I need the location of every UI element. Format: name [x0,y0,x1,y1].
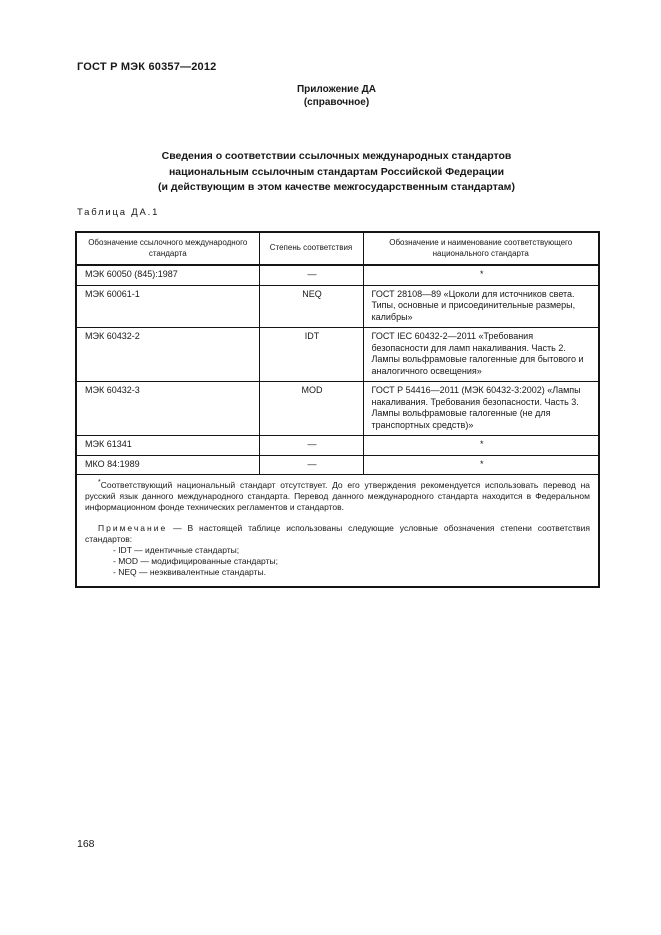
cell-degree: MOD [259,382,363,436]
cell-international-standard: МЭК 60061-1 [76,285,259,328]
note-item-idt: - IDT — идентичные стандарты; [113,545,590,556]
note-label: Примечание [98,523,167,533]
cell-national-standard: ГОСТ IEC 60432-2—2011 «Требования безопа… [363,328,599,382]
cell-international-standard: МЭК 61341 [76,436,259,456]
footnote-text: Соответствующий национальный стандарт от… [85,480,590,512]
cell-international-standard: МЭК 60432-2 [76,328,259,382]
cell-international-standard: МКО 84:1989 [76,455,259,475]
main-title: Сведения о соответствии ссылочных междун… [75,149,598,196]
cell-degree: — [259,436,363,456]
cell-degree: — [259,455,363,475]
main-title-line: (и действующим в этом качестве межгосуда… [75,180,598,196]
table-row: МЭК 60432-2IDTГОСТ IEC 60432-2—2011 «Тре… [76,328,599,382]
cell-international-standard: МЭК 60050 (845):1987 [76,265,259,285]
table-row: МЭК 61341—* [76,436,599,456]
note-item-neq: - NEQ — неэквивалентные стандарты. [113,567,590,578]
page-number: 168 [77,838,95,850]
main-title-line: национальным ссылочным стандартам Россий… [75,165,598,181]
appendix-label: Приложение ДА [75,83,598,96]
appendix-heading: Приложение ДА (справочное) [75,83,598,109]
cell-national-standard: * [363,436,599,456]
table-body: МЭК 60050 (845):1987—*МЭК 60061-1NEQГОСТ… [76,265,599,475]
table-row: МЭК 60061-1NEQГОСТ 28108—89 «Цоколи для … [76,285,599,328]
cell-international-standard: МЭК 60432-3 [76,382,259,436]
table-header-row: Обозначение ссылочного международного ст… [76,232,599,265]
header-degree: Степень соответствия [259,232,363,265]
cell-degree: — [259,265,363,285]
correspondence-table: Обозначение ссылочного международного ст… [75,231,600,588]
footnote-row: *Соответствующий национальный стандарт о… [76,475,599,587]
table-row: МКО 84:1989—* [76,455,599,475]
appendix-kind: (справочное) [75,96,598,109]
table-caption: Таблица ДА.1 [77,207,159,218]
main-title-line: Сведения о соответствии ссылочных междун… [75,149,598,165]
table-header: Обозначение ссылочного международного ст… [76,232,599,265]
header-international-standard: Обозначение ссылочного международного ст… [76,232,259,265]
cell-national-standard: ГОСТ Р 54416—2011 (МЭК 60432-3:2002) «Ла… [363,382,599,436]
document-code: ГОСТ Р МЭК 60357—2012 [77,61,217,73]
cell-degree: IDT [259,328,363,382]
note-paragraph: Примечание — В настоящей таблице использ… [85,523,590,545]
table-row: МЭК 60432-3MODГОСТ Р 54416—2011 (МЭК 604… [76,382,599,436]
table-footer: *Соответствующий национальный стандарт о… [76,475,599,587]
footnote-cell: *Соответствующий национальный стандарт о… [76,475,599,587]
note-item-mod: - MOD — модифицированные стандарты; [113,556,590,567]
cell-national-standard: * [363,455,599,475]
cell-national-standard: * [363,265,599,285]
table-row: МЭК 60050 (845):1987—* [76,265,599,285]
header-national-standard: Обозначение и наименование соответствующ… [363,232,599,265]
document-page: ГОСТ Р МЭК 60357—2012 Приложение ДА (спр… [0,0,661,935]
cell-national-standard: ГОСТ 28108—89 «Цоколи для источников све… [363,285,599,328]
cell-degree: NEQ [259,285,363,328]
footnote-paragraph: *Соответствующий национальный стандарт о… [85,480,590,514]
